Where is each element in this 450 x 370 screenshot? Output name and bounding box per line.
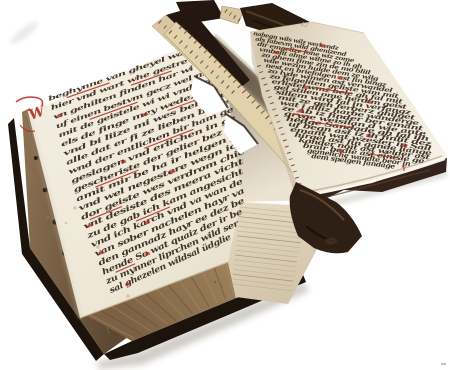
rubric-touch [321,45,326,46]
rubric-touch [145,253,150,255]
rubric-touch [142,114,147,116]
rubric-touch [99,252,104,254]
rubric-touch [125,283,130,285]
rubric-touch [121,161,126,163]
rubric-touch [402,145,407,146]
rubric-touch [170,171,175,173]
rubric-touch [366,135,371,136]
svg-text:42: 42 [299,20,309,29]
rubric-touch [366,101,371,102]
rubric-touch [88,224,93,226]
rubric-touch [299,111,304,112]
folio-mark: 42 [299,20,309,29]
rubric-touch [145,222,150,224]
manuscript-book-photo: Photograph of an open medieval manuscrip… [0,0,450,370]
rubric-touch [338,77,343,78]
rubric-touch [275,52,280,53]
rubric-touch [304,87,309,88]
rubric-touch [339,151,344,152]
rubric-touch [57,115,62,117]
manuscript-scene: Photograph of an open medieval manuscrip… [0,0,450,370]
